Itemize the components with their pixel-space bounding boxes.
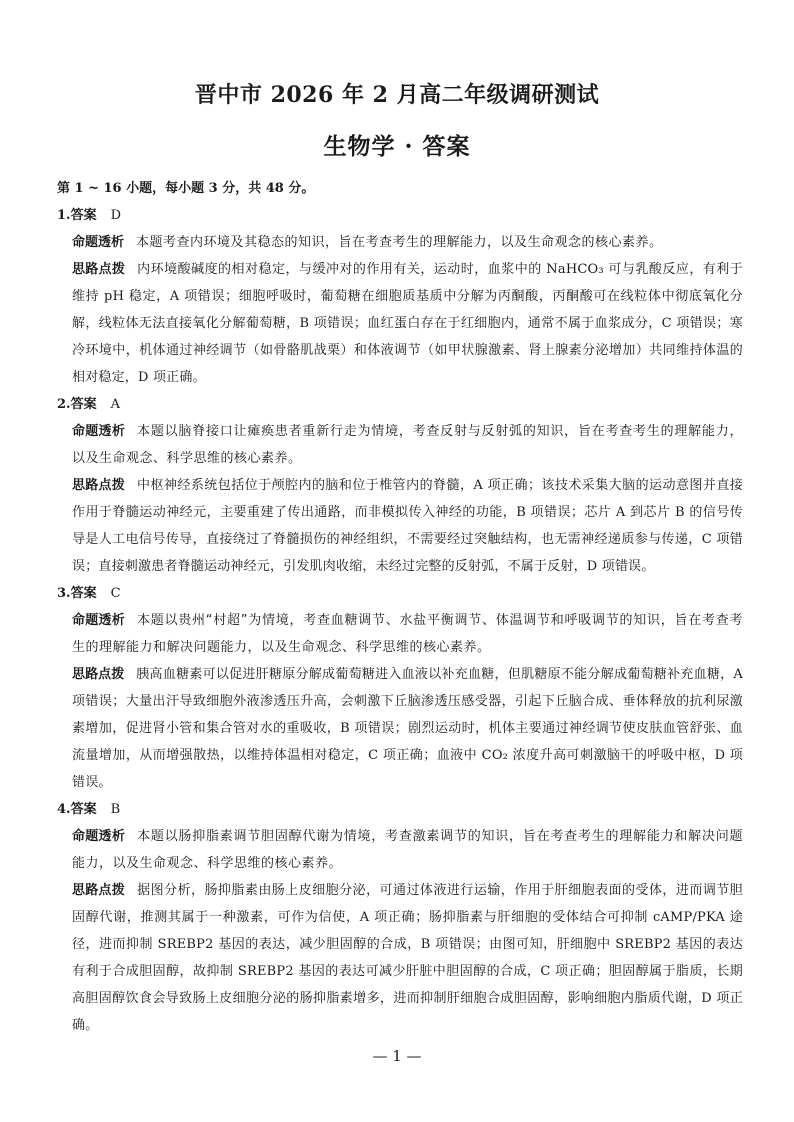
analysis-text: 本题以脑脊接口让瘫痪患者重新行走为情境，考查反射与反射弧的知识，旨在考查考生的理… [72, 424, 743, 466]
question-number: 1. [57, 208, 71, 223]
question-1: 1.答案D 命题透析本题考查内环境及其稳态的知识，旨在考查考生的理解能力，以及生… [57, 202, 743, 391]
question-number: 3. [57, 586, 71, 601]
reasoning-text: 中枢神经系统包括位于颅腔内的脑和位于椎管内的脊髓，A 项正确；该技术采集大脑的运… [72, 478, 743, 574]
reasoning-text: 内环境酸碱度的相对稳定，与缓冲对的作用有关，运动时，血浆中的 NaHCO₃ 可与… [72, 262, 743, 385]
reasoning-label: 思路点拨 [72, 262, 125, 277]
page-number: — 1 — [0, 1047, 794, 1065]
section-intro: 第 1 ~ 16 小题，每小题 3 分，共 48 分。 [57, 175, 743, 202]
answer-label: 答案 [71, 586, 97, 601]
reasoning-label: 思路点拨 [72, 667, 124, 682]
analysis-block: 命题透析本题考查内环境及其稳态的知识，旨在考查考生的理解能力，以及生命观念的核心… [57, 229, 743, 256]
analysis-label: 命题透析 [72, 235, 124, 250]
reasoning-label: 思路点拨 [72, 883, 125, 898]
analysis-block: 命题透析本题以脑脊接口让瘫痪患者重新行走为情境，考查反射与反射弧的知识，旨在考查… [57, 418, 743, 472]
question-header: 4.答案B [57, 796, 743, 823]
document-subtitle: 生物学 · 答案 [0, 128, 794, 161]
question-number: 2. [57, 397, 71, 412]
reasoning-text: 据图分析，肠抑脂素由肠上皮细胞分泌，可通过体液进行运输，作用于肝细胞表面的受体，… [72, 883, 743, 1033]
answer-content: 第 1 ~ 16 小题，每小题 3 分，共 48 分。 1.答案D 命题透析本题… [57, 175, 743, 1039]
question-4: 4.答案B 命题透析本题以肠抑脂素调节胆固醇代谢为情境，考查激素调节的知识，旨在… [57, 796, 743, 1039]
reasoning-label: 思路点拨 [72, 478, 125, 493]
answer-value: D [111, 208, 121, 223]
reasoning-block: 思路点拨中枢神经系统包括位于颅腔内的脑和位于椎管内的脊髓，A 项正确；该技术采集… [57, 472, 743, 580]
analysis-label: 命题透析 [72, 424, 125, 439]
answer-label: 答案 [71, 802, 97, 817]
reasoning-block: 思路点拨内环境酸碱度的相对稳定，与缓冲对的作用有关，运动时，血浆中的 NaHCO… [57, 256, 743, 391]
analysis-text: 本题以肠抑脂素调节胆固醇代谢为情境，考查激素调节的知识，旨在考查考生的理解能力和… [72, 829, 743, 871]
question-header: 3.答案C [57, 580, 743, 607]
answer-value: C [111, 586, 121, 601]
reasoning-text: 胰高血糖素可以促进肝糖原分解成葡萄糖进入血液以补充血糖，但肌糖原不能分解成葡萄糖… [72, 667, 743, 790]
analysis-block: 命题透析本题以肠抑脂素调节胆固醇代谢为情境，考查激素调节的知识，旨在考查考生的理… [57, 823, 743, 877]
question-header: 2.答案A [57, 391, 743, 418]
question-header: 1.答案D [57, 202, 743, 229]
reasoning-block: 思路点拨据图分析，肠抑脂素由肠上皮细胞分泌，可通过体液进行运输，作用于肝细胞表面… [57, 877, 743, 1039]
answer-value: A [111, 397, 120, 412]
answer-label: 答案 [71, 397, 97, 412]
question-number: 4. [57, 802, 71, 817]
question-2: 2.答案A 命题透析本题以脑脊接口让瘫痪患者重新行走为情境，考查反射与反射弧的知… [57, 391, 743, 580]
document-title: 晋中市 2026 年 2 月高二年级调研测试 [0, 78, 794, 109]
analysis-text: 本题以贵州“村超”为情境，考查血糖调节、水盐平衡调节、体温调节和呼吸调节的知识，… [72, 613, 743, 655]
answer-label: 答案 [71, 208, 97, 223]
analysis-block: 命题透析本题以贵州“村超”为情境，考查血糖调节、水盐平衡调节、体温调节和呼吸调节… [57, 607, 743, 661]
analysis-label: 命题透析 [72, 613, 125, 628]
analysis-text: 本题考查内环境及其稳态的知识，旨在考查考生的理解能力，以及生命观念的核心素养。 [136, 235, 663, 250]
question-3: 3.答案C 命题透析本题以贵州“村超”为情境，考查血糖调节、水盐平衡调节、体温调… [57, 580, 743, 796]
reasoning-block: 思路点拨胰高血糖素可以促进肝糖原分解成葡萄糖进入血液以补充血糖，但肌糖原不能分解… [57, 661, 743, 796]
analysis-label: 命题透析 [72, 829, 125, 844]
answer-value: B [111, 802, 121, 817]
